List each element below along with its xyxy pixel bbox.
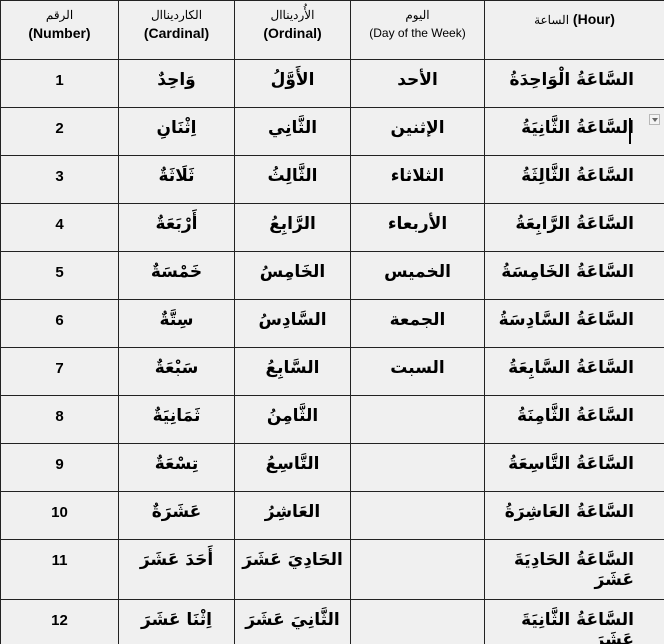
cardinal-cell-text: اِثْنَا عَشَرَ [141,610,212,630]
hour-cell[interactable]: السَّاعَةُ الثَّالِثَةُ [485,156,664,204]
cardinal-cell-text: عَشَرَةٌ [152,502,202,522]
number-cell-text: 12 [51,612,68,629]
day-cell[interactable]: الثلاثاء [351,156,485,204]
day-cell-text: الإثنين [390,118,444,138]
number-cell-text: 3 [55,168,63,185]
cardinal-cell-text: أَحَدَ عَشَرَ [140,550,213,570]
hour-cell[interactable]: السَّاعَةُ الحَادِيَةَ عَشَرَ [485,540,664,600]
ordinal-cell-text: السَّادِسُ [258,310,326,330]
cardinal-cell-text: ثَمَانِيَةٌ [153,406,201,426]
day-cell-text: الجمعة [390,310,446,330]
ordinal-cell[interactable]: الثَّانِي [235,108,351,156]
hour-cell-text: السَّاعَةُ الْوَاحِدَةُ [509,70,634,90]
hour-cell-text: السَّاعَةُ الثَّامِنَةُ [517,406,634,426]
hour-cell-text: السَّاعَةُ الحَادِيَةَ عَشَرَ [514,550,634,590]
number-cell-text: 10 [51,504,68,521]
chevron-down-icon[interactable] [649,114,660,125]
ordinal-cell-text: الثَّالِثُ [268,166,318,186]
table-row: 10عَشَرَةٌالعَاشِرُالسَّاعَةُ العَاشِرَة… [1,492,664,540]
header-ordinal-ar: الأُرديناال [235,7,350,24]
number-cell[interactable]: 3 [1,156,119,204]
day-cell[interactable]: السبت [351,348,485,396]
hour-cell[interactable]: السَّاعَةُ التَّاسِعَةُ [485,444,664,492]
number-cell-text: 6 [55,312,63,329]
numbers-table: الرقم (Number) الكارديناال (Cardinal) ال… [0,0,664,644]
header-row: الرقم (Number) الكارديناال (Cardinal) ال… [1,1,664,60]
header-number: الرقم (Number) [1,1,119,60]
number-cell[interactable]: 9 [1,444,119,492]
header-hour-ar: الساعة [534,13,569,27]
header-cardinal-ar: الكارديناال [119,7,234,24]
number-cell-text: 5 [55,264,63,281]
number-cell-text: 8 [55,408,63,425]
hour-cell[interactable]: السَّاعَةُ السَّادِسَةُ [485,300,664,348]
ordinal-cell-text: الأَوَّلُ [271,70,315,90]
header-hour: الساعة (Hour) [485,1,664,60]
ordinal-cell[interactable]: السَّادِسُ [235,300,351,348]
table-row: 4أَرْبَعَةٌالرَّابِعُالأربعاءالسَّاعَةُ … [1,204,664,252]
number-cell-text: 1 [55,72,63,89]
number-cell[interactable]: 2 [1,108,119,156]
day-cell-text: الأحد [397,70,438,90]
header-number-ar: الرقم [1,7,118,24]
header-ordinal-en: (Ordinal) [235,24,350,42]
ordinal-cell[interactable]: الحَادِيَ عَشَرَ [235,540,351,600]
table-row: 12اِثْنَا عَشَرَالثَّانِيَ عَشَرَالسَّاع… [1,600,664,644]
header-day: اليوم (Day of the Week) [351,1,485,60]
cardinal-cell[interactable]: اِثْنَانِ [119,108,235,156]
day-cell[interactable] [351,444,485,492]
day-cell[interactable]: الأربعاء [351,204,485,252]
cardinal-cell[interactable]: أَحَدَ عَشَرَ [119,540,235,600]
table-row: 1وَاحِدٌالأَوَّلُالأحدالسَّاعَةُ الْوَاح… [1,60,664,108]
ordinal-cell[interactable]: الثَّالِثُ [235,156,351,204]
cardinal-cell-text: اِثْنَانِ [156,118,196,138]
ordinal-cell-text: الرَّابِعُ [269,214,316,234]
cardinal-cell[interactable]: ثَلَاثَةٌ [119,156,235,204]
ordinal-cell[interactable]: الرَّابِعُ [235,204,351,252]
header-hour-en: (Hour) [573,11,615,27]
table-row: 3ثَلَاثَةٌالثَّالِثُالثلاثاءالسَّاعَةُ ا… [1,156,664,204]
ordinal-cell[interactable]: السَّابِعُ [235,348,351,396]
ordinal-cell-text: السَّابِعُ [266,358,320,378]
ordinal-cell[interactable]: الثَّانِيَ عَشَرَ [235,600,351,644]
ordinal-cell-text: الثَّانِي [268,118,317,138]
number-cell-text: 4 [55,216,63,233]
hour-cell-text: السَّاعَةُ العَاشِرَةُ [505,502,634,522]
number-cell[interactable]: 10 [1,492,119,540]
number-cell[interactable]: 1 [1,60,119,108]
cardinal-cell-text: سِتَّةٌ [160,310,194,330]
day-cell-text: السبت [390,358,444,378]
hour-cell[interactable]: السَّاعَةُ الْوَاحِدَةُ [485,60,664,108]
ordinal-cell-text: التَّاسِعُ [266,454,320,474]
day-cell-text: الثلاثاء [391,166,445,186]
table-row: 7سَبْعَةٌالسَّابِعُالسبتالسَّاعَةُ السَّ… [1,348,664,396]
header-cardinal-en: (Cardinal) [119,24,234,42]
cardinal-cell-text: وَاحِدٌ [157,70,195,90]
ordinal-cell[interactable]: الثَّامِنُ [235,396,351,444]
hour-cell[interactable]: السَّاعَةُ السَّابِعَةُ [485,348,664,396]
hour-cell-text: السَّاعَةُ الثَّانِيَةَ عَشَرَ [521,610,634,644]
ordinal-cell-text: الحَادِيَ عَشَرَ [242,550,343,570]
ordinal-cell[interactable]: العَاشِرُ [235,492,351,540]
table-row: 6سِتَّةٌالسَّادِسُالجمعةالسَّاعَةُ السَّ… [1,300,664,348]
hour-cell[interactable]: السَّاعَةُ العَاشِرَةُ [485,492,664,540]
hour-cell-text: السَّاعَةُ الثَّانِيَةُ [521,118,634,138]
header-day-ar: اليوم [351,7,484,24]
table-row: 11أَحَدَ عَشَرَالحَادِيَ عَشَرَالسَّاعَة… [1,540,664,600]
hour-cell[interactable]: السَّاعَةُ الثَّامِنَةُ [485,396,664,444]
day-cell-text: الخميس [384,262,451,282]
hour-cell-text: السَّاعَةُ الثَّالِثَةُ [521,166,634,186]
hour-cell-text: السَّاعَةُ السَّابِعَةُ [508,358,634,378]
day-cell[interactable] [351,396,485,444]
table-row: 5خَمْسَةٌالخَامِسُالخميسالسَّاعَةُ الخَا… [1,252,664,300]
day-cell[interactable] [351,540,485,600]
ordinal-cell[interactable]: الخَامِسُ [235,252,351,300]
ordinal-cell-text: الثَّامِنُ [267,406,318,426]
cardinal-cell-text: سَبْعَةٌ [155,358,199,378]
table-row: 2اِثْنَانِالثَّانِيالإثنينالسَّاعَةُ الث… [1,108,664,156]
number-cell[interactable]: 8 [1,396,119,444]
cardinal-cell[interactable]: عَشَرَةٌ [119,492,235,540]
cardinal-cell-text: خَمْسَةٌ [151,262,202,282]
cardinal-cell[interactable]: ثَمَانِيَةٌ [119,396,235,444]
hour-cell[interactable]: السَّاعَةُ الثَّانِيَةَ عَشَرَ [485,600,664,644]
ordinal-cell-text: العَاشِرُ [265,502,320,522]
number-cell[interactable]: 4 [1,204,119,252]
day-cell[interactable] [351,492,485,540]
cardinal-cell-text: تِسْعَةٌ [155,454,199,474]
cardinal-cell-text: أَرْبَعَةٌ [156,214,198,234]
number-cell-text: 2 [55,120,63,137]
cardinal-cell[interactable]: سِتَّةٌ [119,300,235,348]
hour-cell[interactable]: السَّاعَةُ الثَّانِيَةُ [485,108,664,156]
day-cell[interactable]: الأحد [351,60,485,108]
cardinal-cell[interactable]: اِثْنَا عَشَرَ [119,600,235,644]
ordinal-cell-text: الثَّانِيَ عَشَرَ [245,610,340,630]
ordinal-cell-text: الخَامِسُ [260,262,325,282]
header-number-en: (Number) [1,24,118,42]
hour-cell[interactable]: السَّاعَةُ الرَّابِعَةُ [485,204,664,252]
header-ordinal: الأُرديناال (Ordinal) [235,1,351,60]
hour-cell-text: السَّاعَةُ السَّادِسَةُ [499,310,634,330]
text-cursor [629,118,631,144]
header-day-en: (Day of the Week) [351,24,484,42]
ordinal-cell[interactable]: الأَوَّلُ [235,60,351,108]
day-cell[interactable]: الخميس [351,252,485,300]
number-cell[interactable]: 6 [1,300,119,348]
number-cell[interactable]: 7 [1,348,119,396]
table-row: 9تِسْعَةٌالتَّاسِعُالسَّاعَةُ التَّاسِعَ… [1,444,664,492]
cardinal-cell[interactable]: سَبْعَةٌ [119,348,235,396]
day-cell-text: الأربعاء [388,214,447,234]
number-cell[interactable]: 12 [1,600,119,644]
cardinal-cell[interactable]: وَاحِدٌ [119,60,235,108]
number-cell[interactable]: 5 [1,252,119,300]
cardinal-cell[interactable]: تِسْعَةٌ [119,444,235,492]
number-cell[interactable]: 11 [1,540,119,600]
day-cell[interactable]: الإثنين [351,108,485,156]
day-cell[interactable] [351,600,485,644]
ordinal-cell[interactable]: التَّاسِعُ [235,444,351,492]
table-row: 8ثَمَانِيَةٌالثَّامِنُالسَّاعَةُ الثَّام… [1,396,664,444]
number-cell-text: 7 [55,360,63,377]
hour-cell-text: السَّاعَةُ الرَّابِعَةُ [515,214,634,234]
number-cell-text: 11 [52,552,68,569]
hour-cell-text: السَّاعَةُ الخَامِسَةُ [501,262,634,282]
hour-cell-text: السَّاعَةُ التَّاسِعَةُ [508,454,634,474]
cardinal-cell-text: ثَلَاثَةٌ [159,166,195,186]
cardinal-cell[interactable]: أَرْبَعَةٌ [119,204,235,252]
number-cell-text: 9 [55,456,63,473]
header-cardinal: الكارديناال (Cardinal) [119,1,235,60]
cardinal-cell[interactable]: خَمْسَةٌ [119,252,235,300]
hour-cell[interactable]: السَّاعَةُ الخَامِسَةُ [485,252,664,300]
day-cell[interactable]: الجمعة [351,300,485,348]
